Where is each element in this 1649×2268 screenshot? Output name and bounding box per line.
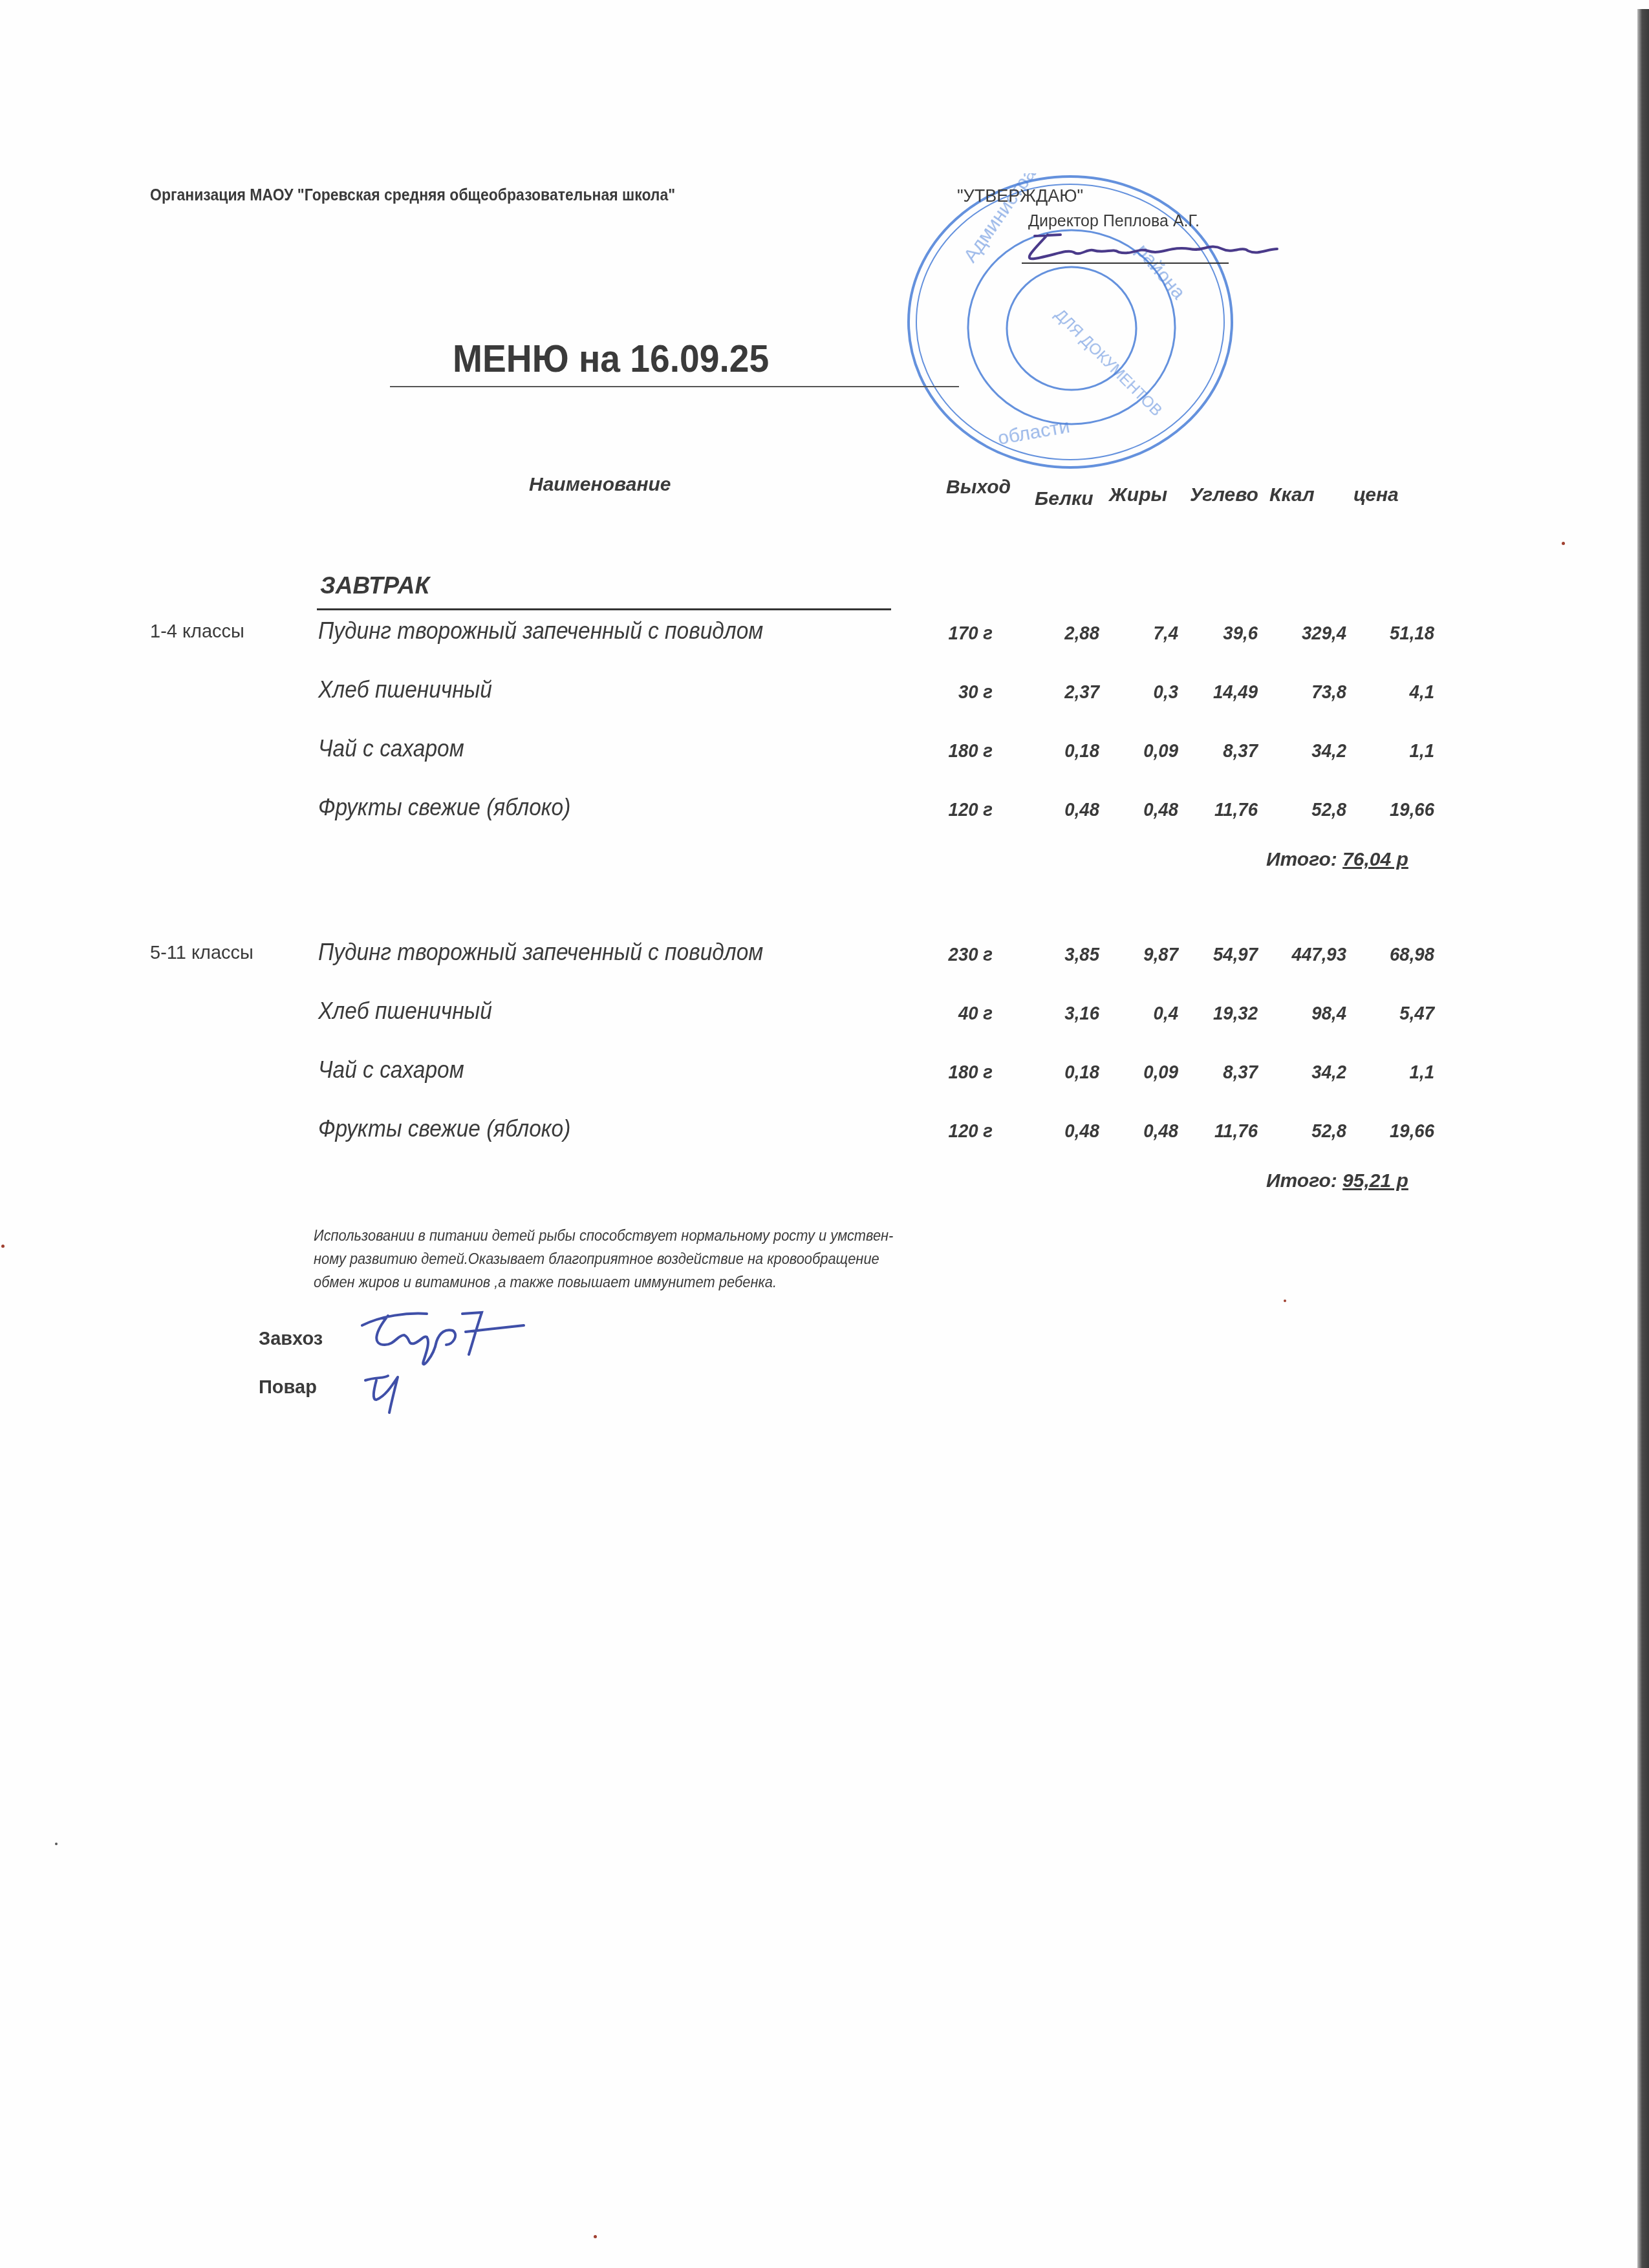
cell-price: 51,18 [1315,623,1434,645]
group-total: Итого: 76,04 р [1266,849,1408,871]
total-label: Итого: [1266,1170,1337,1192]
cook-signature-icon [362,1371,427,1416]
cell-output: 120 г [874,1120,993,1142]
total-label: Итого: [1266,849,1337,870]
cell-output: 170 г [874,623,993,645]
dish-name: Чай с сахаром [318,735,464,762]
storekeeper-signature-icon [349,1306,543,1377]
cell-output: 120 г [874,799,993,821]
dish-name: Пудинг творожный запеченный с повидлом [318,617,763,645]
total-value: 76,04 р [1342,849,1408,870]
column-header-carbs: Углево [1190,484,1258,506]
dish-name: Пудинг творожный запеченный с повидлом [318,939,763,966]
note-line: Использовании в питании детей рыбы спосо… [314,1224,1039,1247]
cell-price: 5,47 [1315,1003,1434,1025]
cell-price: 19,66 [1315,1120,1434,1142]
dish-name: Чай с сахаром [318,1056,464,1084]
organization-name: Организация МАОУ "Горевская средняя обще… [150,186,675,205]
group-total: Итого: 95,21 р [1266,1170,1408,1192]
column-header-protein: Белки [1035,488,1093,510]
approval-label: "УТВЕРЖДАЮ" [957,186,1083,206]
note-line: обмен жиров и витаминов ,а также повышае… [314,1270,1039,1294]
cell-output: 230 г [874,944,993,966]
cell-output: 30 г [874,681,993,703]
dish-name: Фрукты свежие (яблоко) [318,1115,570,1142]
scan-edge-shadow [1637,9,1649,2268]
cell-price: 68,98 [1315,944,1434,966]
cell-price: 4,1 [1315,681,1434,703]
cell-price: 19,66 [1315,799,1434,821]
storekeeper-label: Завхоз [259,1329,323,1350]
dish-name: Фрукты свежие (яблоко) [318,794,570,821]
nutrition-note: Использовании в питании детей рыбы спосо… [314,1224,1039,1294]
class-group-label: 5-11 классы [150,943,253,964]
cell-output: 180 г [874,740,993,762]
cook-label: Повар [259,1377,317,1398]
cell-price: 1,1 [1315,1062,1434,1084]
cell-output: 180 г [874,1062,993,1084]
dish-name: Хлеб пшеничный [318,676,492,703]
column-header-price: цена [1353,484,1399,506]
cell-price: 1,1 [1315,740,1434,762]
svg-text:области: области [996,416,1071,449]
page-title: МЕНЮ на 16.09.25 [453,336,769,381]
cell-output: 40 г [874,1003,993,1025]
svg-text:ДЛЯ ДОКУМЕНТОВ: ДЛЯ ДОКУМЕНТОВ [1051,306,1165,420]
meal-section-title: ЗАВТРАК [320,572,429,599]
director-signature-line [1022,262,1229,264]
total-value: 95,21 р [1342,1170,1408,1192]
meal-section-underline [317,608,891,610]
column-header-kcal: Ккал [1269,484,1315,506]
note-line: ному развитию детей.Оказывает благоприят… [314,1247,1039,1270]
column-header-name: Наименование [529,474,671,496]
title-underline [390,386,959,387]
class-group-label: 1-4 классы [150,621,244,643]
dish-name: Хлеб пшеничный [318,998,492,1025]
column-header-fat: Жиры [1109,484,1167,506]
director-name: Директор Пеплова А.Г. [1028,212,1200,231]
column-header-output: Выход [946,476,1011,498]
